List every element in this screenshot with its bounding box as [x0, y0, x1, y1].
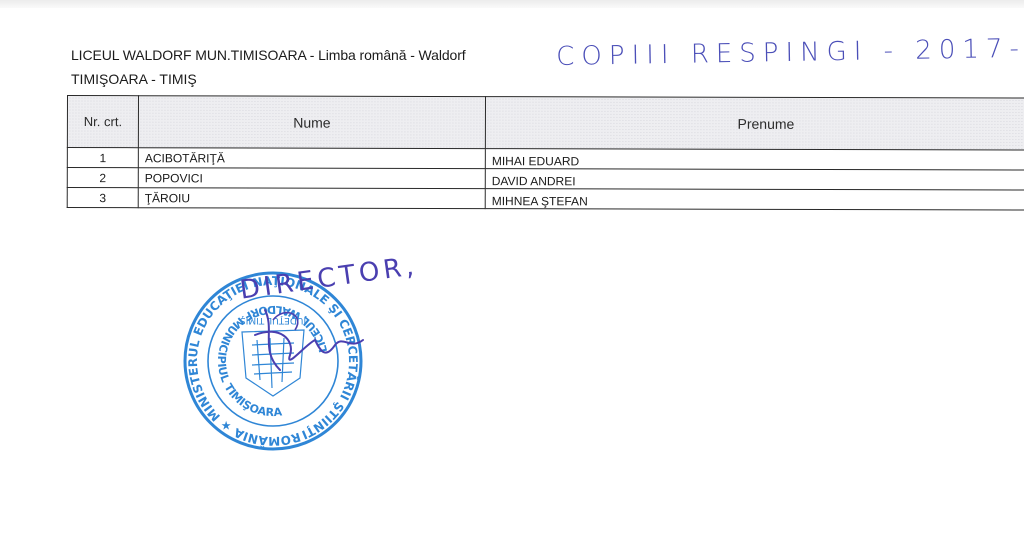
- first-name: MIHAI EDUARD: [485, 149, 1024, 170]
- row-number: 3: [67, 188, 138, 208]
- location-header: TIMIŞOARA - TIMIŞ: [71, 71, 197, 87]
- last-name: ACIBOTĂRIŢĂ: [138, 148, 485, 169]
- scan-edge-shadow: [0, 0, 1024, 8]
- rejected-children-table: Nr. crt. Nume Prenume 1 ACIBOTĂRIŢĂ MIHA…: [67, 95, 1024, 211]
- last-name: ŢĂROIU: [138, 188, 485, 209]
- first-name: MIHNEA ŞTEFAN: [485, 189, 1024, 210]
- table-header-row: Nr. crt. Nume Prenume: [67, 96, 1024, 151]
- table-row: 3 ŢĂROIU MIHNEA ŞTEFAN: [67, 188, 1024, 211]
- table-row: 1 ACIBOTĂRIŢĂ MIHAI EDUARD: [67, 148, 1024, 171]
- column-header-nr: Nr. crt.: [67, 96, 138, 148]
- column-header-nume: Nume: [138, 96, 485, 149]
- row-number: 2: [67, 168, 138, 188]
- first-name: DAVID ANDREI: [485, 169, 1024, 190]
- column-header-prenume: Prenume: [485, 97, 1024, 150]
- handwritten-title: COPIII RESPINGI - 2017-20: [556, 33, 1024, 72]
- table-row: 2 POPOVICI DAVID ANDREI: [67, 168, 1024, 191]
- row-number: 1: [67, 148, 138, 168]
- last-name: POPOVICI: [138, 168, 485, 189]
- school-header: LICEUL WALDORF MUN.TIMISOARA - Limba rom…: [71, 47, 466, 63]
- signature-icon: [235, 300, 375, 380]
